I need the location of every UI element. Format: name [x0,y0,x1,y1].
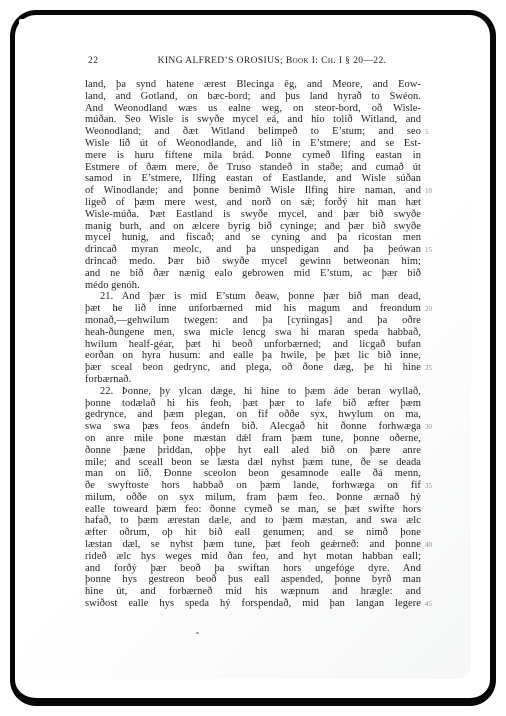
text-line-content: manig burh, and on ælcere byrig bið cyni… [85,221,421,232]
text-line-content: þonne todælað hi his feoh, þæt þær to la… [85,398,421,409]
text-line-content: ðonne þæne þriddan, oþþe hyt eall aled b… [85,445,421,456]
text-line: ðe swyftoste hors habbað on þæm lande, f… [85,480,421,492]
margin-line-number: 45 [425,600,441,609]
text-line: drincað myran meolc, and þa unspedigan a… [85,244,421,256]
body-text-column: land, þa synd hatene ærest Blecinga ēg, … [85,79,421,610]
text-line: múðan. Seo Wisle is swyðe mycel eá, and … [85,114,421,126]
text-line-content: þonne hys gestreon beoð þus eall aspende… [85,574,421,585]
text-line-content: drincað medo. Þær bið swyðe mycel gewinn… [85,256,421,267]
text-line: forbærnað. [85,374,421,386]
text-line-content: swa swa þæs feos ándefn bið. Alecgað hit… [85,421,421,432]
text-line: monað,—gehwilum twegen: and þa [cyningas… [85,315,421,327]
text-line: mile; and sceall beon se læsta dæl nyhst… [85,457,421,469]
margin-line-number: 5 [425,128,441,137]
text-line-content: on anre mile þone mæstan dǽl fram þæm tu… [85,433,421,444]
text-line: hafað, to þæm ærestan dæle, and to þæm m… [85,515,421,527]
margin-line-number: 15 [425,246,441,255]
text-line: médo genóh. [85,280,421,292]
text-line-content: heah-ðungene men, swa micle lencg swa hi… [85,327,421,338]
text-line: gedrynce, and þæm plegan, on fif oððe sy… [85,409,421,421]
text-line-content: swiðost ealle hys speda hý forspendað, m… [85,598,421,609]
text-line-content: médo genóh. [85,280,140,291]
text-line-content: And Weonodland wæs us ealne weg, on steo… [85,103,421,114]
text-line: ðonne þæne þriddan, oþþe hyt eall aled b… [85,445,421,457]
text-line: on anre mile þone mæstan dǽl fram þæm tu… [85,433,421,445]
text-line-content: Weonodland; and ðæt Witland belimpeð to … [85,126,421,137]
running-header: 22 KING ALFRED’S OROSIUS; Book I: Ch. I … [85,54,421,68]
text-line-content: samod in E’stmere, Ilfing eastan of East… [85,173,421,184]
text-line: læstan dæl, se nyhst þæm tune, þæt feoh … [85,539,421,551]
text-line-content: æfter oðrum, oþ hit bið eall genumen; an… [85,527,421,538]
text-line: rideð ælc hys weges mid ðan feo, and hyt… [85,551,421,563]
text-line: man on lið. Ðonne sceolon beon gesamnode… [85,468,421,480]
text-line-content: hafað, to þæm ærestan dæle, and to þæm m… [85,515,421,526]
text-line-content: rideð ælc hys weges mid ðan feo, and hyt… [85,551,421,562]
text-line-content: Wisle lið út of Weonodlande, and lið in … [85,138,421,149]
text-line: ealle toweard þæm feo: ðonne cymeð se ma… [85,504,421,516]
text-line: 22. Þonne, þy ylcan dæge, hi hine to þæm… [85,386,421,398]
text-line: þonne todælað hi his feoh, þæt þær to la… [85,398,421,410]
text-line-content: mycel hunig, and fiscað; and se cyning a… [85,232,421,243]
text-line-content: mile; and sceall beon se læsta dæl nyhst… [85,457,421,468]
text-line-content: þæt he lið inne unforbærned mid his magu… [85,303,421,314]
text-line-content: milum, oððe on syx milum, fram þæm feo. … [85,492,421,503]
text-line-content: monað,—gehwilum twegen: and þa [cyningas… [85,315,421,326]
text-line-content: drincað myran meolc, and þa unspedigan a… [85,244,421,255]
text-line: þæt he lið inne unforbærned mid his magu… [85,303,421,315]
text-line: eorðan on hyra husum: and ealle þa hwile… [85,350,421,362]
text-line-content: 21. And þær is mid E’stum ðeaw, þonne þæ… [100,291,421,302]
margin-line-number: 10 [425,187,441,196]
text-line-content: forbærnað. [85,374,131,385]
text-line-content: of Winodlande; and þonne benimð Wisle Il… [85,185,421,196]
text-line-content: læstan dæl, se nyhst þæm tune, þæt feoh … [85,539,421,550]
text-line: 21. And þær is mid E’stum ðeaw, þonne þæ… [85,291,421,303]
text-line: swiðost ealle hys speda hý forspendað, m… [85,598,421,610]
text-line-content: 22. Þonne, þy ylcan dæge, hi hine to þæm… [100,386,421,397]
text-line: land, þa synd hatene ærest Blecinga ēg, … [85,79,421,91]
text-line: manig burh, and on ælcere byrig bið cyni… [85,221,421,233]
text-line-content: ðe swyftoste hors habbað on þæm lande, f… [85,480,421,491]
text-line-content: man on lið. Ðonne sceolon beon gesamnode… [85,468,421,479]
text-line-content: and forðý þær beoð þa swiftan hors ungef… [85,563,421,574]
scanned-book-page: { "colors":{ "ink":"#1f1f1f", "frame_bla… [0,0,506,716]
running-title: KING ALFRED’S OROSIUS; Book I: Ch. I § 2… [85,54,421,68]
text-line: þær sceal beon gedrync, and plega, oð ðo… [85,362,421,374]
text-line: of Winodlande; and þonne benimð Wisle Il… [85,185,421,197]
text-line: milum, oððe on syx milum, fram þæm feo. … [85,492,421,504]
text-line-content: and ne bið ðær nænig ealo gebrowen mid E… [85,268,421,279]
text-line-content: þær sceal beon gedrync, and plega, oð ðo… [85,362,421,373]
text-line: and ne bið ðær nænig ealo gebrowen mid E… [85,268,421,280]
scan-artifact-dot [196,632,199,634]
text-line-content: Estmere of ðæm mere, ðe Truso standeð in… [85,162,421,173]
margin-line-number: 35 [425,482,441,491]
text-line-content: ligeð of þæm mere west, and norð on sǽ; … [85,197,421,208]
text-line-content: hine út, and forbærneð mid his wæpnum an… [85,586,421,597]
margin-line-number: 25 [425,364,441,373]
text-line: drincað medo. Þær bið swyðe mycel gewinn… [85,256,421,268]
text-line: land, and Gotland, on bæc-bord; and þus … [85,91,421,103]
text-line-content: land, and Gotland, on bæc-bord; and þus … [85,91,421,102]
text-line-content: land, þa synd hatene ærest Blecinga ēg, … [85,79,421,90]
text-line: þonne hys gestreon beoð þus eall aspende… [85,574,421,586]
text-line-content: eorðan on hyra husum: and ealle þa hwile… [85,350,421,361]
text-line: and forðý þær beoð þa swiftan hors ungef… [85,563,421,575]
text-line-content: Wisle-múða. Þæt Eastland is swyðe mycel,… [85,209,421,220]
margin-line-number: 30 [425,423,441,432]
text-line: Weonodland; and ðæt Witland belimpeð to … [85,126,421,138]
margin-line-number: 40 [425,541,441,550]
text-line: hwilum healf-géar, þæt hi beoð unforbærn… [85,339,421,351]
text-line: hine út, and forbærneð mid his wæpnum an… [85,586,421,598]
text-line: Wisle lið út of Weonodlande, and lið in … [85,138,421,150]
margin-line-number: 20 [425,305,441,314]
text-line-content: ealle toweard þæm feo: ðonne cymeð se ma… [85,504,421,515]
text-line: Estmere of ðæm mere, ðe Truso standeð in… [85,162,421,174]
text-line: ligeð of þæm mere west, and norð on sǽ; … [85,197,421,209]
text-line-content: gedrynce, and þæm plegan, on fif oððe sy… [85,409,421,420]
text-line: samod in E’stmere, Ilfing eastan of East… [85,173,421,185]
text-line-content: hwilum healf-géar, þæt hi beoð unforbærn… [85,339,421,350]
text-line-content: múðan. Seo Wisle is swyðe mycel eá, and … [85,114,421,125]
text-line: And Weonodland wæs us ealne weg, on steo… [85,103,421,115]
text-line: æfter oðrum, oþ hit bið eall genumen; an… [85,527,421,539]
text-line: mere is huru fiftene mila brád. Þonne cy… [85,150,421,162]
text-line: Wisle-múða. Þæt Eastland is swyðe mycel,… [85,209,421,221]
text-line: heah-ðungene men, swa micle lencg swa hi… [85,327,421,339]
text-line-content: mere is huru fiftene mila brád. Þonne cy… [85,150,421,161]
text-line: mycel hunig, and fiscað; and se cyning a… [85,232,421,244]
text-line: swa swa þæs feos ándefn bið. Alecgað hit… [85,421,421,433]
